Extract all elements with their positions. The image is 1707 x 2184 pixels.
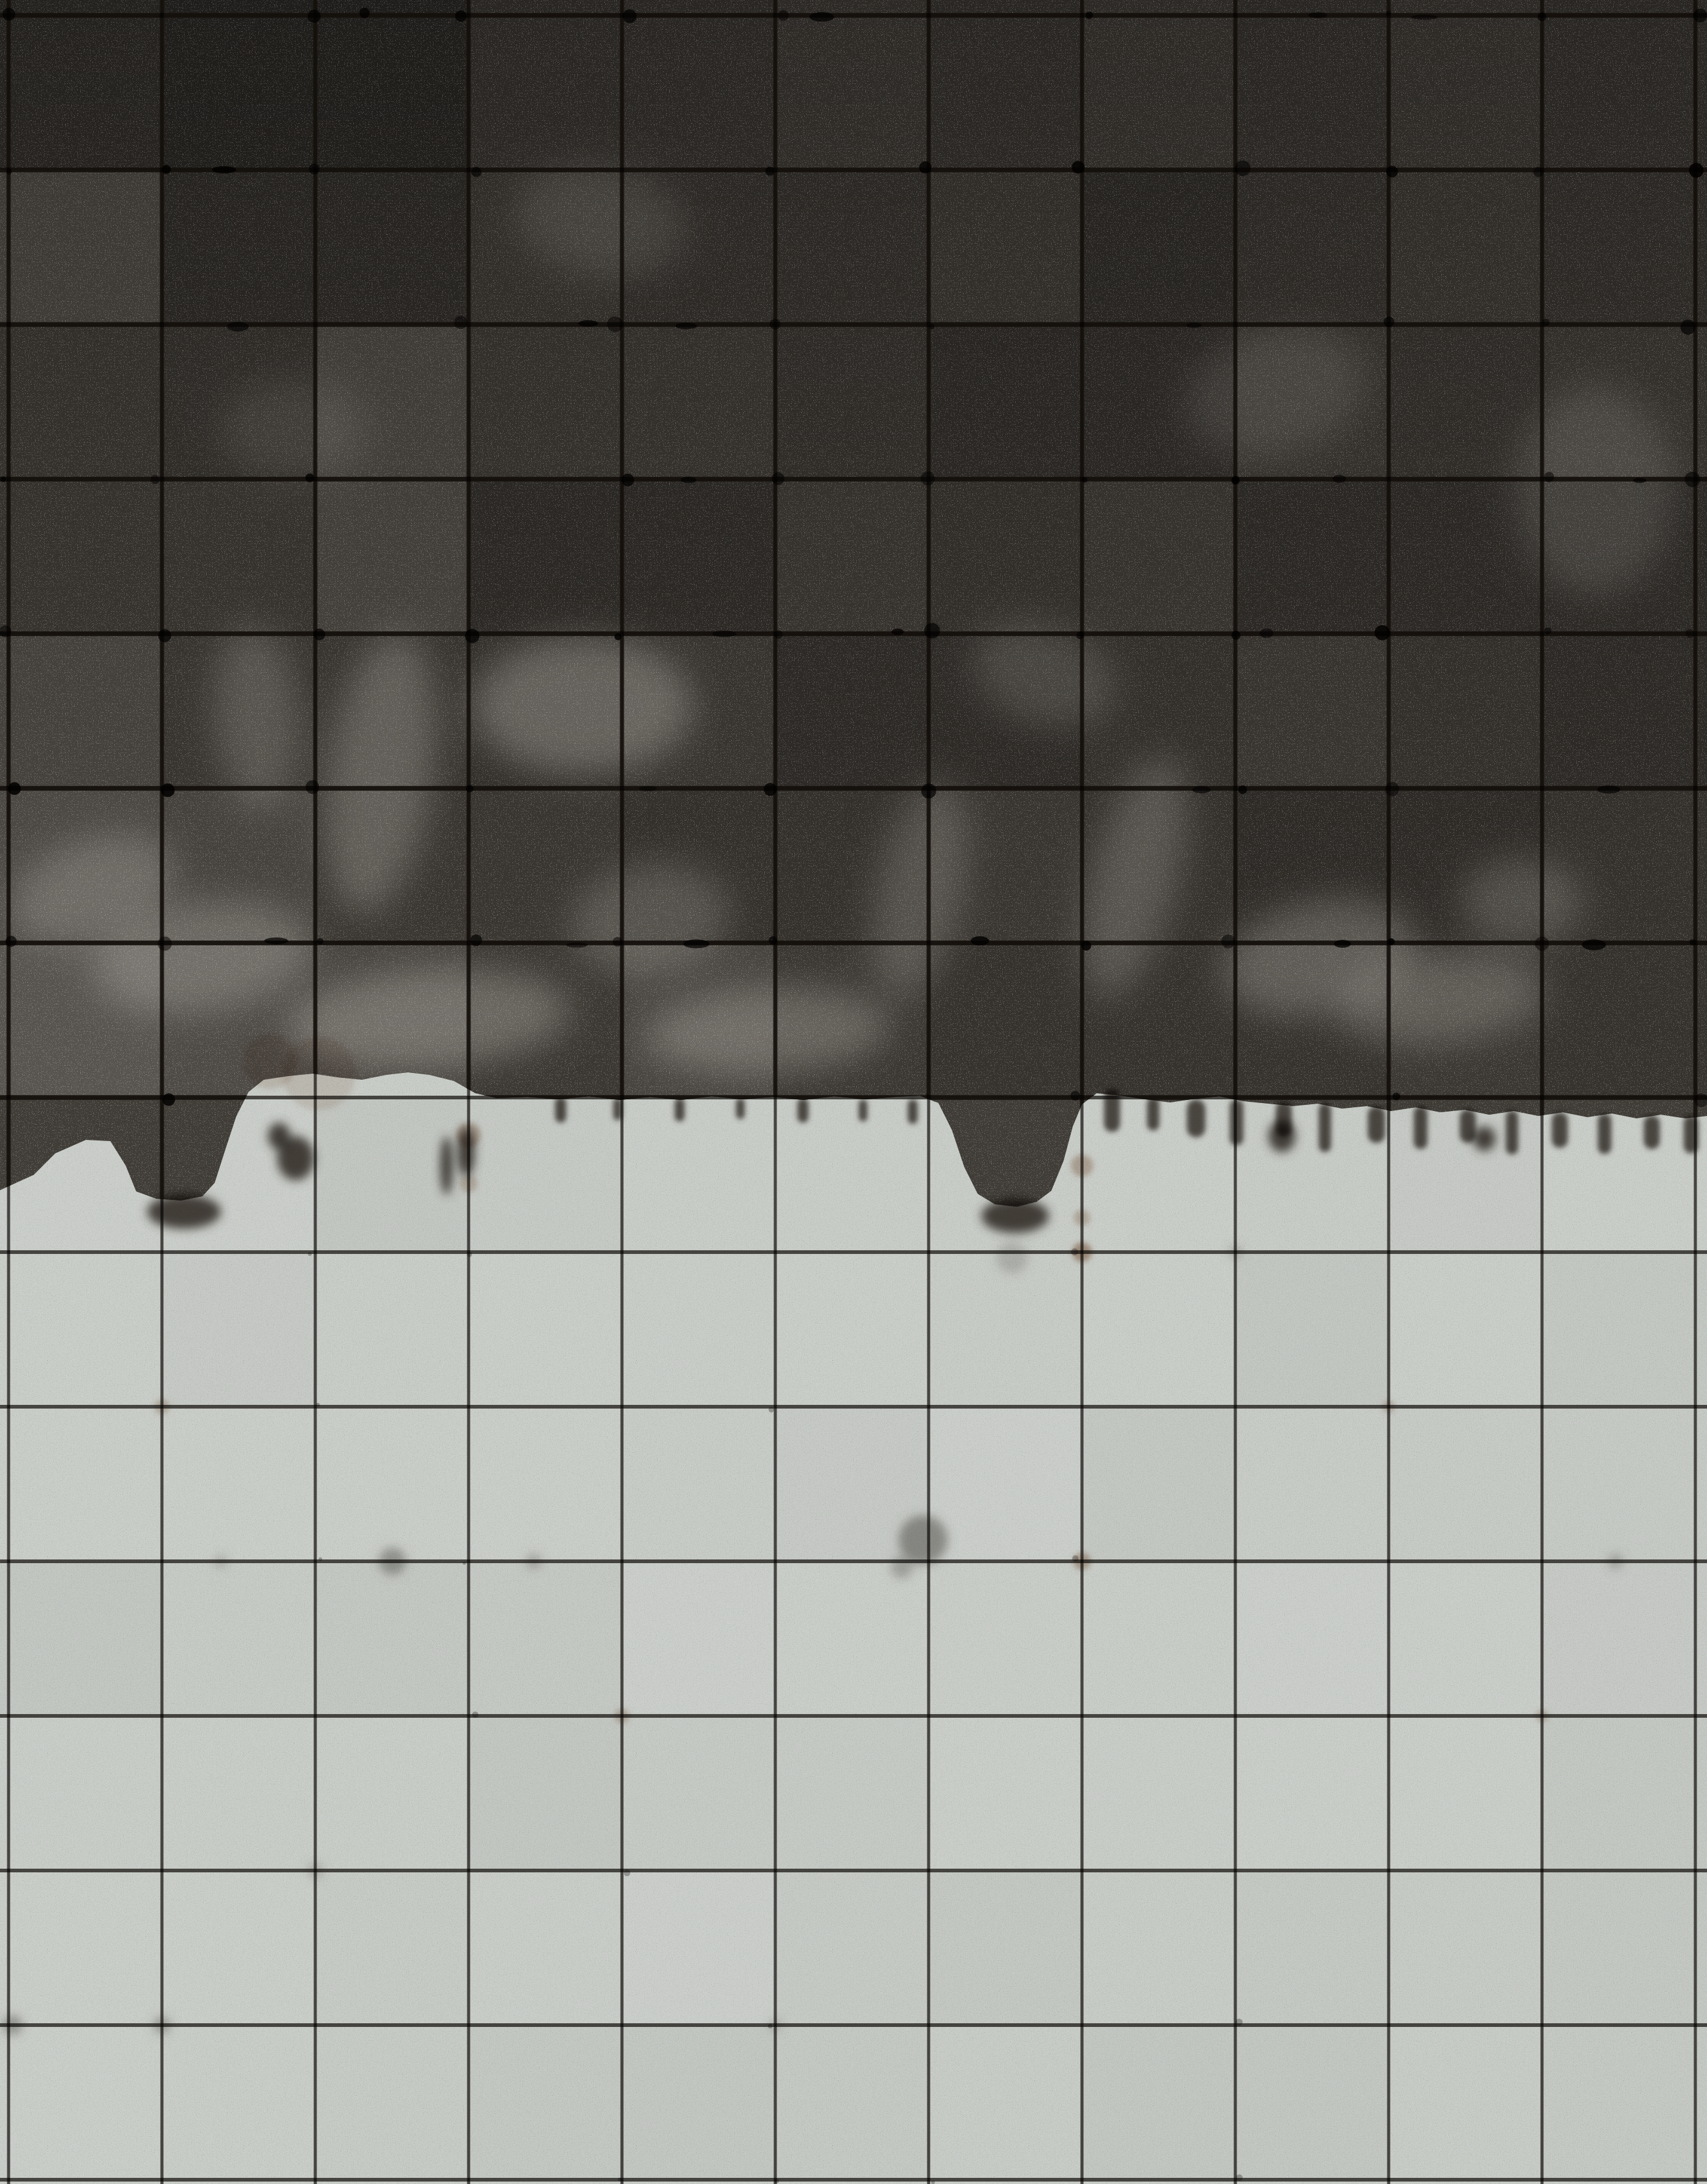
rust-stain [615, 1709, 629, 1723]
wipe-streak [221, 380, 368, 479]
grout-spot [1386, 11, 1391, 16]
grout-spot [1221, 934, 1235, 948]
grout-spot [618, 2178, 621, 2182]
grout-spot [1538, 12, 1547, 21]
grout-spot [305, 780, 319, 794]
tile-shade [315, 1871, 469, 2025]
grout-spot [1544, 627, 1552, 634]
grout-spot [929, 324, 935, 329]
tile-shade [469, 1871, 622, 2025]
rust-stain [1536, 1710, 1548, 1722]
grout-spot [1685, 472, 1700, 487]
grout-spot [6, 936, 17, 947]
grout-spot [309, 164, 320, 175]
grout-spot [1597, 785, 1621, 793]
grout-spot [624, 1870, 631, 1877]
tile-shade [1082, 1871, 1235, 2025]
wipe-streak [472, 638, 693, 773]
dirt-drip [797, 1098, 808, 1123]
grout-spot [613, 937, 623, 947]
grout-spot [158, 629, 171, 642]
tile-shade [1542, 2025, 1707, 2180]
grout-spot [472, 1712, 478, 1718]
grout-spot [1232, 631, 1241, 640]
soot-smudge [891, 1556, 913, 1578]
grout-spot [607, 317, 623, 333]
grout-spot [1238, 785, 1247, 794]
tile-shade [929, 1716, 1082, 1871]
grout-spot [1544, 472, 1554, 482]
tile-shade [469, 1561, 622, 1716]
soot-smudge [308, 1863, 323, 1878]
grout-spot [712, 631, 736, 637]
dirt-drip [736, 1098, 745, 1119]
grout-spot [764, 783, 777, 796]
tile-shade [622, 1716, 775, 1871]
grout-spot [1392, 1093, 1400, 1101]
tile-shade [0, 1871, 162, 2025]
grout-spot [2, 8, 15, 21]
grout-spot [1694, 9, 1707, 22]
grout-spot [621, 474, 634, 486]
dirt-drip [1552, 1112, 1568, 1148]
rust-stain [1073, 1553, 1091, 1570]
dirt-blob [1473, 1126, 1495, 1151]
grout-spot [163, 1093, 175, 1106]
grout-spot [1081, 477, 1087, 483]
tile-shade [315, 1252, 469, 1407]
grout-spot [162, 165, 171, 174]
screenshot-root [0, 0, 1707, 2184]
dirt-drip [1368, 1106, 1385, 1143]
soot-smudge [1608, 1554, 1623, 1569]
grout-spot [1076, 631, 1084, 639]
clean-tile-variation [0, 1098, 1707, 2180]
grout-spot [150, 475, 159, 484]
grout-spot [1681, 320, 1696, 335]
tile-shade [775, 2025, 929, 2180]
grout-spot [919, 161, 932, 174]
grout-spot [1186, 323, 1202, 328]
grout-spot [1686, 629, 1695, 638]
rust-stain [1072, 1242, 1092, 1262]
tile-shade [1389, 1871, 1542, 2025]
tile-shade [1389, 1407, 1542, 1561]
soot-smudge [769, 2019, 781, 2031]
tile-shade [1235, 2025, 1389, 2180]
grout-spot [308, 1252, 312, 1256]
grout-spot [308, 10, 321, 23]
dirt-drip [1506, 1110, 1518, 1155]
tile-shade [1235, 1407, 1389, 1561]
tile-shade [622, 1407, 775, 1561]
tile-shade [929, 2025, 1082, 2180]
grout-spot [1385, 782, 1399, 796]
soot-smudge [2, 2015, 22, 2035]
grout-spot [305, 474, 314, 482]
rust-stain [456, 1123, 481, 1147]
grout-spot [1231, 476, 1240, 485]
dirt-drip [1598, 1113, 1611, 1154]
grout-spot [467, 1252, 472, 1257]
tile-shade [0, 1252, 162, 1407]
grout-spot [623, 9, 636, 23]
grout-spot [1388, 938, 1395, 945]
grout-spot [1690, 939, 1696, 945]
grout-spot [1533, 167, 1544, 177]
tile-shade [1542, 1407, 1707, 1561]
grout-spot [926, 1093, 929, 1096]
grout-spot [971, 936, 989, 945]
grout-spot [924, 623, 940, 639]
tile-shade [1542, 1871, 1707, 2025]
tile-shade [1082, 1252, 1235, 1407]
soot-smudge [1229, 1246, 1241, 1258]
tile-shade [0, 2025, 162, 2180]
grout-spot [774, 631, 783, 639]
soot-smudge [153, 2017, 171, 2034]
grout-spot [316, 1403, 320, 1407]
tile-shade [469, 2025, 622, 2180]
tile-shade [1082, 1561, 1235, 1716]
dirt-drip [859, 1099, 867, 1121]
dirt-drip [555, 1097, 566, 1123]
grout-spot [1192, 786, 1211, 793]
dirt-blob [147, 1194, 221, 1229]
tile-shade [469, 1098, 622, 1252]
dirt-drip [908, 1099, 918, 1124]
tile-shade [1082, 1407, 1235, 1561]
grout-spot [778, 10, 789, 21]
dirt-blob [981, 1199, 1049, 1233]
grout-spot [1375, 625, 1390, 640]
grout-spot [772, 472, 784, 485]
tile-shade [622, 1098, 775, 1252]
grout-spot [1081, 940, 1091, 950]
grout-spot [1689, 163, 1704, 178]
grout-spot [1235, 2018, 1243, 2026]
grout-spot [1384, 317, 1394, 327]
grout-spot [462, 1562, 466, 1565]
rust-stain [242, 1034, 297, 1089]
rust-stain [155, 1399, 169, 1414]
tile-shade [0, 1561, 162, 1716]
soot-smudge [526, 1554, 541, 1569]
tile-shade [1082, 2025, 1235, 2180]
grout-spot [775, 2178, 779, 2183]
grout-spot [1086, 12, 1093, 19]
grout-spot [683, 939, 710, 948]
tile-shade [315, 1561, 469, 1716]
rust-stain [1074, 1210, 1090, 1226]
grout-spot [810, 12, 834, 21]
dirt-drip [1414, 1106, 1427, 1149]
grout-spot [1386, 166, 1398, 177]
tile-shade [1542, 1716, 1707, 1871]
tile-shade [1389, 1716, 1542, 1871]
tile-shade [775, 1561, 929, 1716]
tile-shade [1542, 1561, 1707, 1716]
grout-spot [158, 937, 172, 951]
grout-spot [8, 782, 21, 795]
grout-spot [466, 785, 474, 793]
tile-shade [1235, 1098, 1389, 1252]
grout-spot [1236, 2174, 1243, 2181]
grout-spot [1260, 628, 1273, 638]
grout-spot [1535, 937, 1549, 951]
tile-shade [929, 1407, 1082, 1561]
grout-spot [1633, 478, 1646, 483]
grout-spot [769, 1407, 774, 1412]
grout-spot [1235, 160, 1251, 176]
grout-spot [1411, 15, 1438, 20]
tile-shade [315, 2025, 469, 2180]
grout-spot [313, 629, 325, 640]
grout-spot [681, 477, 696, 483]
tile-shade [162, 1561, 315, 1716]
tile-shade [1235, 1561, 1389, 1716]
tile-shade [1235, 1871, 1389, 2025]
grout-spot [1, 477, 6, 482]
grout-spot [921, 472, 935, 486]
tile-shade [1389, 1561, 1542, 1716]
dirt-drip [1644, 1115, 1660, 1149]
grout-spot [578, 320, 599, 327]
wipe-streak [1515, 386, 1674, 595]
wipe-streak [1460, 859, 1582, 945]
tile-shade [315, 1716, 469, 1871]
tiled-wall-canvas [0, 0, 1707, 2184]
tile-shade [929, 1561, 1082, 1716]
grout-spot [454, 316, 467, 329]
grout-spot [455, 10, 467, 22]
grout-spot [317, 938, 324, 945]
tile-shade [1389, 2025, 1542, 2180]
tile-shade [162, 1716, 315, 1871]
tile-shade [1235, 1252, 1389, 1407]
tile-shade [775, 1252, 929, 1407]
soot-smudge [996, 1242, 1028, 1274]
tile-shade [315, 1407, 469, 1561]
grout-spot [264, 937, 288, 944]
dirt-drip [1147, 1097, 1159, 1131]
dirt-blob [440, 1136, 453, 1195]
dirt-drip [1104, 1089, 1120, 1132]
tile-shade [775, 1098, 929, 1252]
tile-shade [162, 1252, 315, 1407]
grout-spot [675, 323, 697, 329]
dirt-blob [1268, 1120, 1295, 1152]
tile-shade [162, 1871, 315, 2025]
grout-spot [566, 942, 588, 947]
tile-shade [622, 1871, 775, 2025]
tile-shade [162, 2025, 315, 2180]
grout-spot [0, 625, 12, 637]
grout-spot [1333, 475, 1346, 483]
tile-shade [1082, 1716, 1235, 1871]
grout-spot [770, 318, 781, 329]
tile-shade [929, 1871, 1082, 2025]
tile-shade [1235, 1716, 1389, 1871]
tile-shade [1389, 1252, 1542, 1407]
tile-shade [162, 1407, 315, 1561]
grout-spot [1334, 940, 1351, 948]
grout-spot [465, 629, 479, 643]
grout-spot [470, 934, 482, 946]
soot-smudge [215, 1555, 227, 1567]
tile-shade [622, 1561, 775, 1716]
tile-shade [929, 1252, 1082, 1407]
grout-spot [359, 7, 370, 18]
grout-spot [471, 167, 481, 177]
tile-shade [469, 1716, 622, 1871]
dirt-drip [1319, 1103, 1331, 1152]
grout-spot [1308, 12, 1327, 18]
grout-spot [1072, 161, 1084, 174]
rust-stain [1071, 1155, 1093, 1177]
tile-shade [775, 1716, 929, 1871]
rust-stain [460, 1175, 477, 1193]
grout-spot [6, 169, 12, 174]
grout-spot [639, 786, 657, 791]
dirt-blob [268, 1123, 290, 1150]
tile-shade [775, 1871, 929, 2025]
grout-spot [1542, 319, 1549, 326]
grout-spot [615, 633, 622, 640]
grout-spot [765, 166, 775, 175]
tiled-wall-photo [0, 0, 1707, 2184]
grout-spot [1070, 1091, 1080, 1101]
soot-smudge [899, 1515, 948, 1564]
page: { "scene": { "alt": "Close-up photograph… [0, 0, 1707, 2184]
tile-shade [622, 1252, 775, 1407]
dirt-drip [675, 1098, 685, 1121]
grout-spot [1582, 939, 1606, 950]
tile-shade [622, 2025, 775, 2180]
tile-shade [0, 1407, 162, 1561]
grout-spot [921, 783, 936, 798]
grout-spot [891, 628, 903, 635]
grout-spot [212, 166, 236, 174]
grout-spot [227, 321, 248, 331]
grout-spot [769, 936, 777, 945]
grout-spot [319, 1558, 323, 1561]
dirt-drip [1187, 1099, 1205, 1137]
rust-stain [1383, 1401, 1395, 1413]
tile-shade [469, 1252, 622, 1407]
tile-shade [0, 1716, 162, 1871]
tile-shade [1542, 1252, 1707, 1407]
grout-spot [161, 783, 174, 797]
soot-smudge [379, 1548, 406, 1575]
tile-shade [469, 1407, 622, 1561]
